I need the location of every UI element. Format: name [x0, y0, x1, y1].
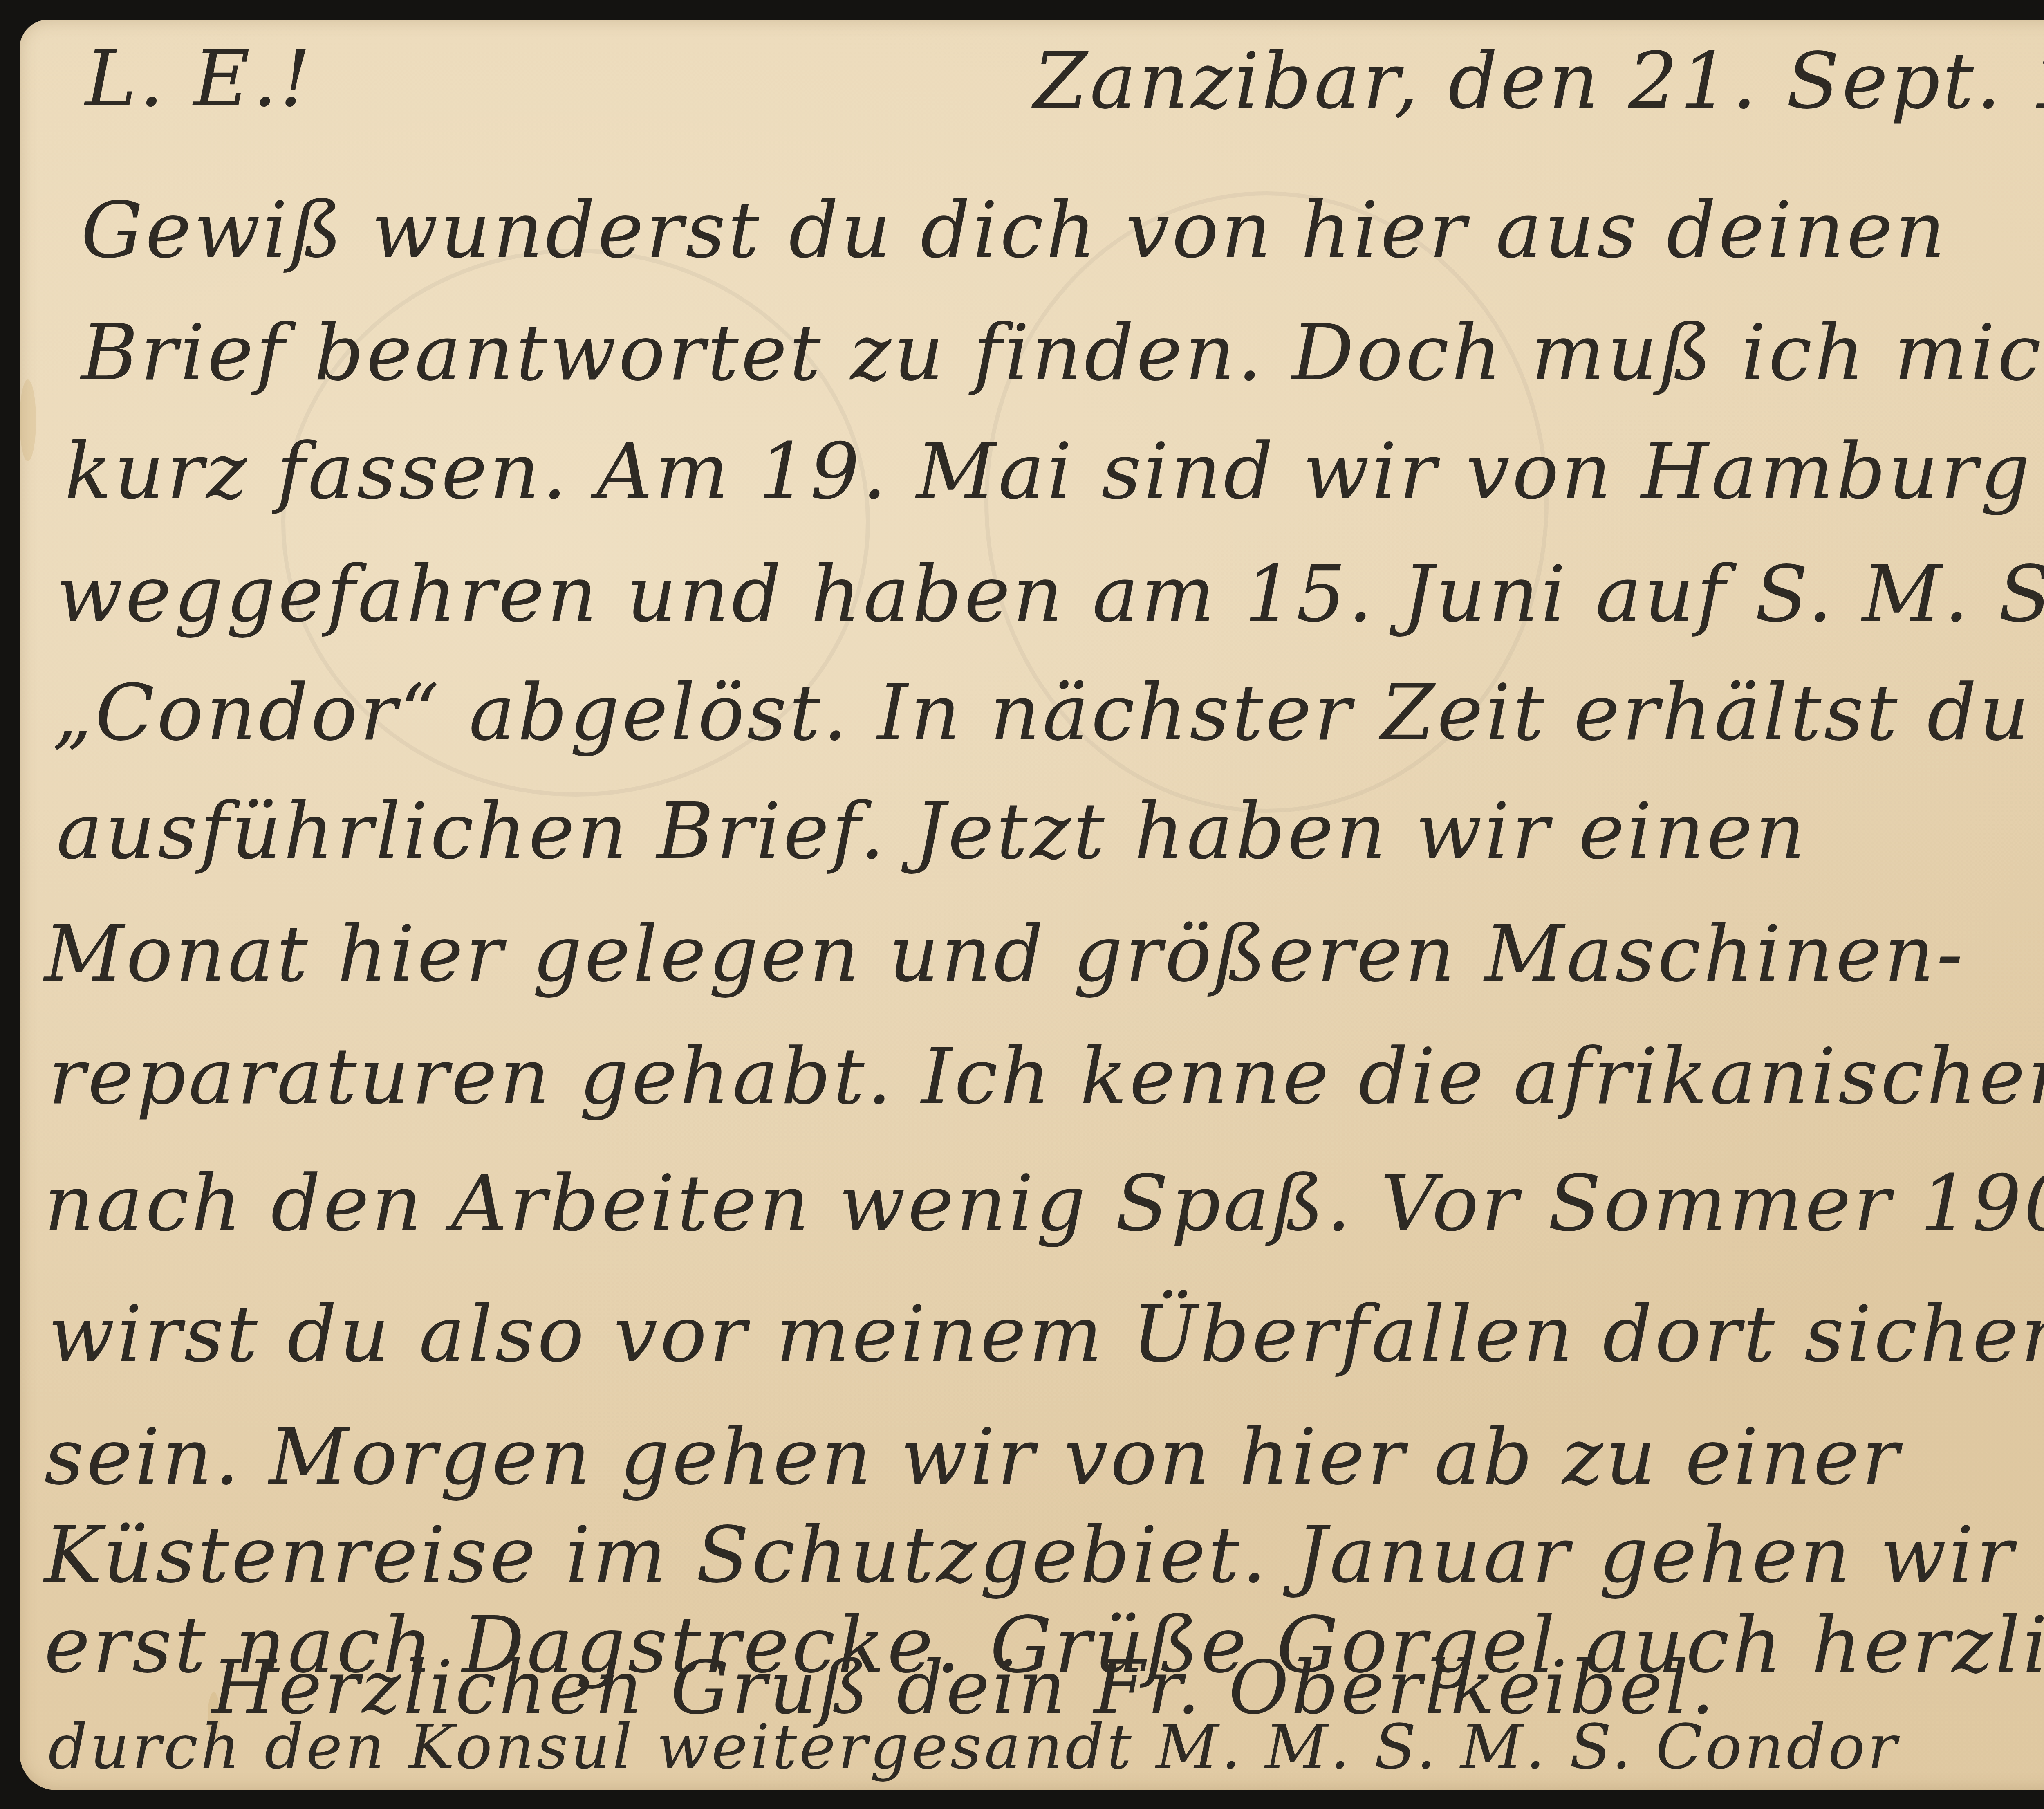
body-line: Brief beantwortet zu finden. Doch muß ic… — [81, 314, 2044, 392]
body-line: Gewiß wunderst du dich von hier aus dein… — [81, 191, 1948, 269]
body-line: sein. Morgen gehen wir von hier ab zu ei… — [44, 1418, 1901, 1496]
body-line: weggefahren und haben am 15. Juni auf S.… — [56, 555, 2044, 633]
body-line: Küstenreise im Schutzgebiet. Januar gehe… — [44, 1516, 2016, 1594]
dateline: Zanzibar, den 21. Sept. 1898. — [1033, 42, 2044, 120]
body-line: reparaturen gehabt. Ich kenne die afrika… — [48, 1038, 2044, 1115]
postcard: L. E.! Zanzibar, den 21. Sept. 1898. Gew… — [20, 20, 2044, 1790]
postcard-scan: L. E.! Zanzibar, den 21. Sept. 1898. Gew… — [0, 0, 2044, 1809]
body-line: kurz fassen. Am 19. Mai sind wir von Ham… — [65, 433, 2033, 510]
body-line: „Condor“ abgelöst. In nächster Zeit erhä… — [52, 674, 2032, 752]
body-line: Monat hier gelegen und größeren Maschine… — [44, 915, 1965, 993]
salutation: L. E.! — [85, 40, 313, 118]
body-line: ausführlichen Brief. Jetzt haben wir ein… — [56, 792, 1808, 870]
body-line: wirst du also vor meinem Überfallen dort… — [48, 1295, 2044, 1373]
body-line: nach den Arbeiten wenig Spaß. Vor Sommer… — [44, 1165, 2044, 1242]
forwarding-note: durch den Konsul weitergesandt M. M. S. … — [48, 1717, 1899, 1778]
paper-stain — [20, 379, 36, 461]
